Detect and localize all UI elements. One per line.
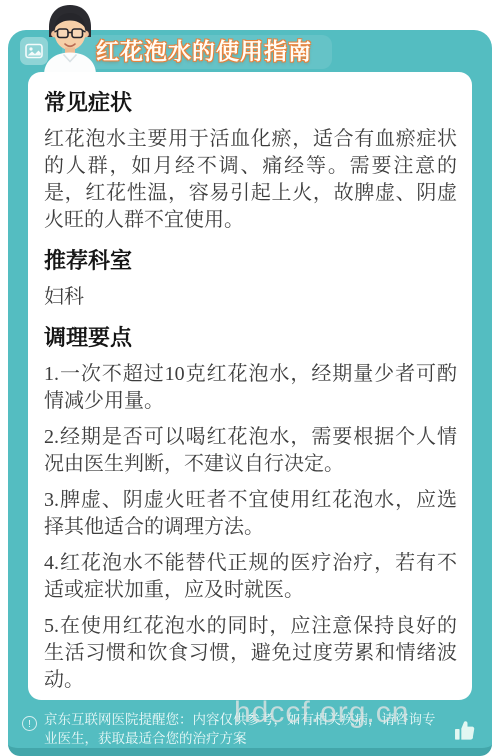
key-point-item: 2.经期是否可以喝红花泡水，需要根据个人情况由医生判断，不建议自行决定。 — [44, 424, 457, 478]
header: 红花泡水的使用指南 — [8, 30, 492, 72]
doctor-avatar — [36, 3, 104, 75]
health-card-page: 红花泡水的使用指南 常见症状 红花泡水主要用于活血化瘀，适合有血瘀症状的人群，如… — [0, 0, 500, 756]
key-point-item: 4.红花泡水不能替代正规的医疗治疗，若有不适或症状加重，应及时就医。 — [44, 550, 457, 604]
department-value: 妇科 — [44, 284, 457, 311]
section-heading-key-points: 调理要点 — [44, 321, 457, 352]
section-heading-symptoms: 常见症状 — [44, 86, 457, 117]
content-card: 常见症状 红花泡水主要用于活血化瘀，适合有血瘀症状的人群，如月经不调、痛经等。需… — [28, 72, 472, 700]
thumbs-up-button[interactable] — [450, 716, 480, 746]
disclaimer-text: 京东互联网医院提醒您：内容仅供参考，如有相关疾病，请咨询专业医生，获取最适合您的… — [44, 710, 443, 748]
footer: ! 京东互联网医院提醒您：内容仅供参考，如有相关疾病，请咨询专业医生，获取最适合… — [8, 702, 492, 748]
key-point-item: 1.一次不超过10克红花泡水，经期量少者可酌情减少用量。 — [44, 361, 457, 415]
page-title: 红花泡水的使用指南 — [96, 30, 312, 72]
key-point-item: 5.在使用红花泡水的同时，应注意保持良好的生活习惯和饮食习惯，避免过度劳累和情绪… — [44, 613, 457, 694]
info-icon: ! — [22, 716, 37, 731]
teal-card: 红花泡水的使用指南 常见症状 红花泡水主要用于活血化瘀，适合有血瘀症状的人群，如… — [8, 30, 492, 756]
thumbs-up-icon — [452, 718, 478, 744]
key-point-item: 3.脾虚、阴虚火旺者不宜使用红花泡水，应选择其他适合的调理方法。 — [44, 487, 457, 541]
symptoms-paragraph: 红花泡水主要用于活血化瘀，适合有血瘀症状的人群，如月经不调、痛经等。需要注意的是… — [44, 126, 457, 234]
section-heading-department: 推荐科室 — [44, 244, 457, 275]
